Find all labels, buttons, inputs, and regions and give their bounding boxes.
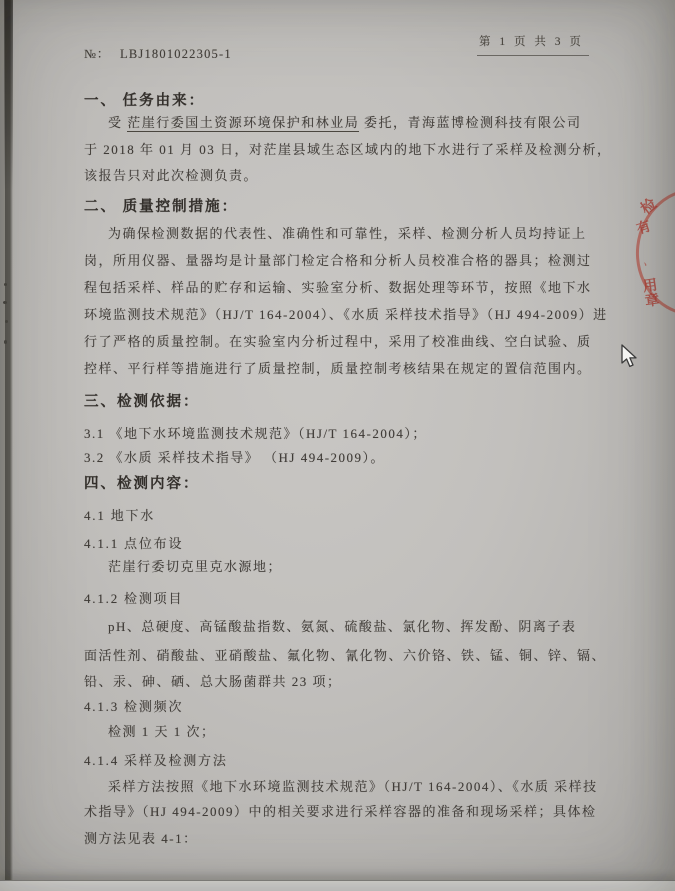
section-2-para-line-5: 行了严格的质量控制。在实验室内分析过程中，采用了校准曲线、空白试验、质 xyxy=(84,332,592,352)
subsection-4-1: 4.1 地下水 xyxy=(84,506,155,526)
reference-item-2: 3.2 《水质 采样技术指导》 （HJ 494-2009）。 xyxy=(84,448,385,468)
scan-bottom-edge xyxy=(0,880,675,891)
parameters-line-2: 面活性剂、硝酸盐、亚硝酸盐、氟化物、氰化物、六价铬、铁、锰、铜、锌、镉、 xyxy=(84,646,606,666)
section-1-para-line-3: 该报告只对此次检测负责。 xyxy=(84,166,258,186)
entrust-prefix: 受 xyxy=(108,115,127,130)
section-2-para-line-3: 程包括采样、样品的贮存和运输、实验室分析、数据处理等环节，按照《地下水 xyxy=(84,278,592,298)
doc-number-line: №：LBJ1801022305-1 xyxy=(84,44,232,64)
scan-speck xyxy=(4,340,7,344)
mouse-cursor xyxy=(621,344,641,370)
section-2-para-line-1: 为确保检测数据的代表性、准确性和可靠性，采样、检测分析人员均持证上 xyxy=(108,224,587,244)
frequency-line: 检测 1 天 1 次； xyxy=(108,722,216,742)
reference-item-1: 3.1 《地下水环境监测技术规范》（HJ/T 164-2004）； xyxy=(84,424,427,444)
subsection-4-1-4: 4.1.4 采样及检测方法 xyxy=(84,751,228,771)
section-2-para-line-6: 控样、平行样等措施进行了质量控制，质量控制考核结果在规定的置信范围内。 xyxy=(84,359,592,379)
scan-left-edge-shadow xyxy=(4,0,13,190)
stamp-bottom-text: 用章 xyxy=(642,276,675,310)
scan-speck xyxy=(4,283,7,286)
entrust-suffix: 委托，青海蓝博检测科技有限公司 xyxy=(359,115,581,130)
scan-speck xyxy=(3,301,7,304)
page-indicator: 第 1 页 共 3 页 xyxy=(477,32,589,56)
section-1-heading: 一、 任务由来： xyxy=(84,91,205,111)
section-2-para-line-4: 环境监测技术规范》（HJ/T 164-2004）、《水质 采样技术指导》（HJ … xyxy=(84,305,608,325)
doc-number-label: №： xyxy=(84,47,110,61)
section-4-heading: 四、检测内容： xyxy=(84,474,200,494)
method-line-3: 测方法见表 4-1： xyxy=(84,829,198,849)
section-3-heading: 三、检测依据： xyxy=(84,392,200,412)
entrusting-organization: 茫崖行委国土资源环境保护和林业局 xyxy=(127,115,359,132)
sampling-site-line: 茫崖行委切克里克水源地； xyxy=(108,557,282,577)
scanned-report-page: №：LBJ1801022305-1 第 1 页 共 3 页 一、 任务由来： 受… xyxy=(0,0,675,891)
red-seal-stamp: 检 有 、 用章 xyxy=(630,184,675,324)
scan-speck xyxy=(5,320,8,323)
section-1-para-line-1: 受 茫崖行委国土资源环境保护和林业局 委托，青海蓝博检测科技有限公司 xyxy=(108,113,582,133)
doc-number-value: LBJ1801022305-1 xyxy=(120,47,232,61)
section-1-para-line-2: 于 2018 年 01 月 03 日，对茫崖县域生态区域内的地下水进行了采样及检… xyxy=(84,140,612,160)
parameters-line-1: pH、总硬度、高锰酸盐指数、氨氮、硫酸盐、氯化物、挥发酚、阴离子表 xyxy=(108,617,576,637)
section-2-heading: 二、 质量控制措施： xyxy=(84,197,238,217)
method-line-1: 采样方法按照《地下水环境监测技术规范》（HJ/T 164-2004）、《水质 采… xyxy=(108,777,598,797)
subsection-4-1-2: 4.1.2 检测项目 xyxy=(84,589,183,609)
section-2-para-line-2: 岗，所用仪器、量器均是计量部门检定合格和分析人员校准合格的器具；检测过 xyxy=(84,251,592,271)
subsection-4-1-1: 4.1.1 点位布设 xyxy=(84,534,183,554)
method-line-2: 术指导》（HJ 494-2009）中的相关要求进行采样容器的准备和现场采样；具体… xyxy=(84,802,597,822)
parameters-line-3: 铅、汞、砷、硒、总大肠菌群共 23 项； xyxy=(84,672,342,692)
subsection-4-1-3: 4.1.3 检测频次 xyxy=(84,697,183,717)
